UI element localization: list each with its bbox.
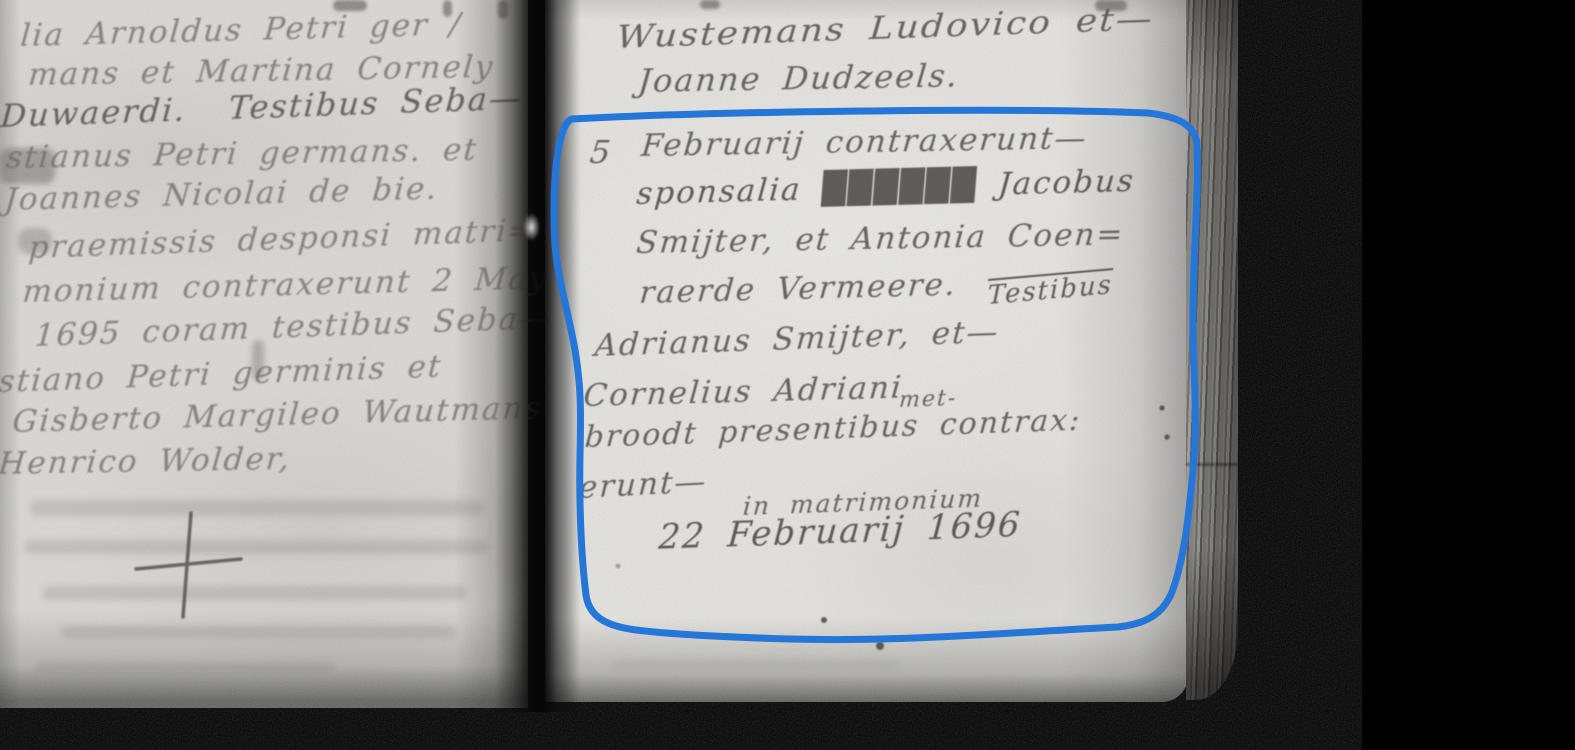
register-scan: lia Arnoldus Petri ger /mans et Martina … [0, 0, 1575, 750]
annotation-layer [0, 0, 1575, 750]
highlight-box [554, 110, 1197, 639]
